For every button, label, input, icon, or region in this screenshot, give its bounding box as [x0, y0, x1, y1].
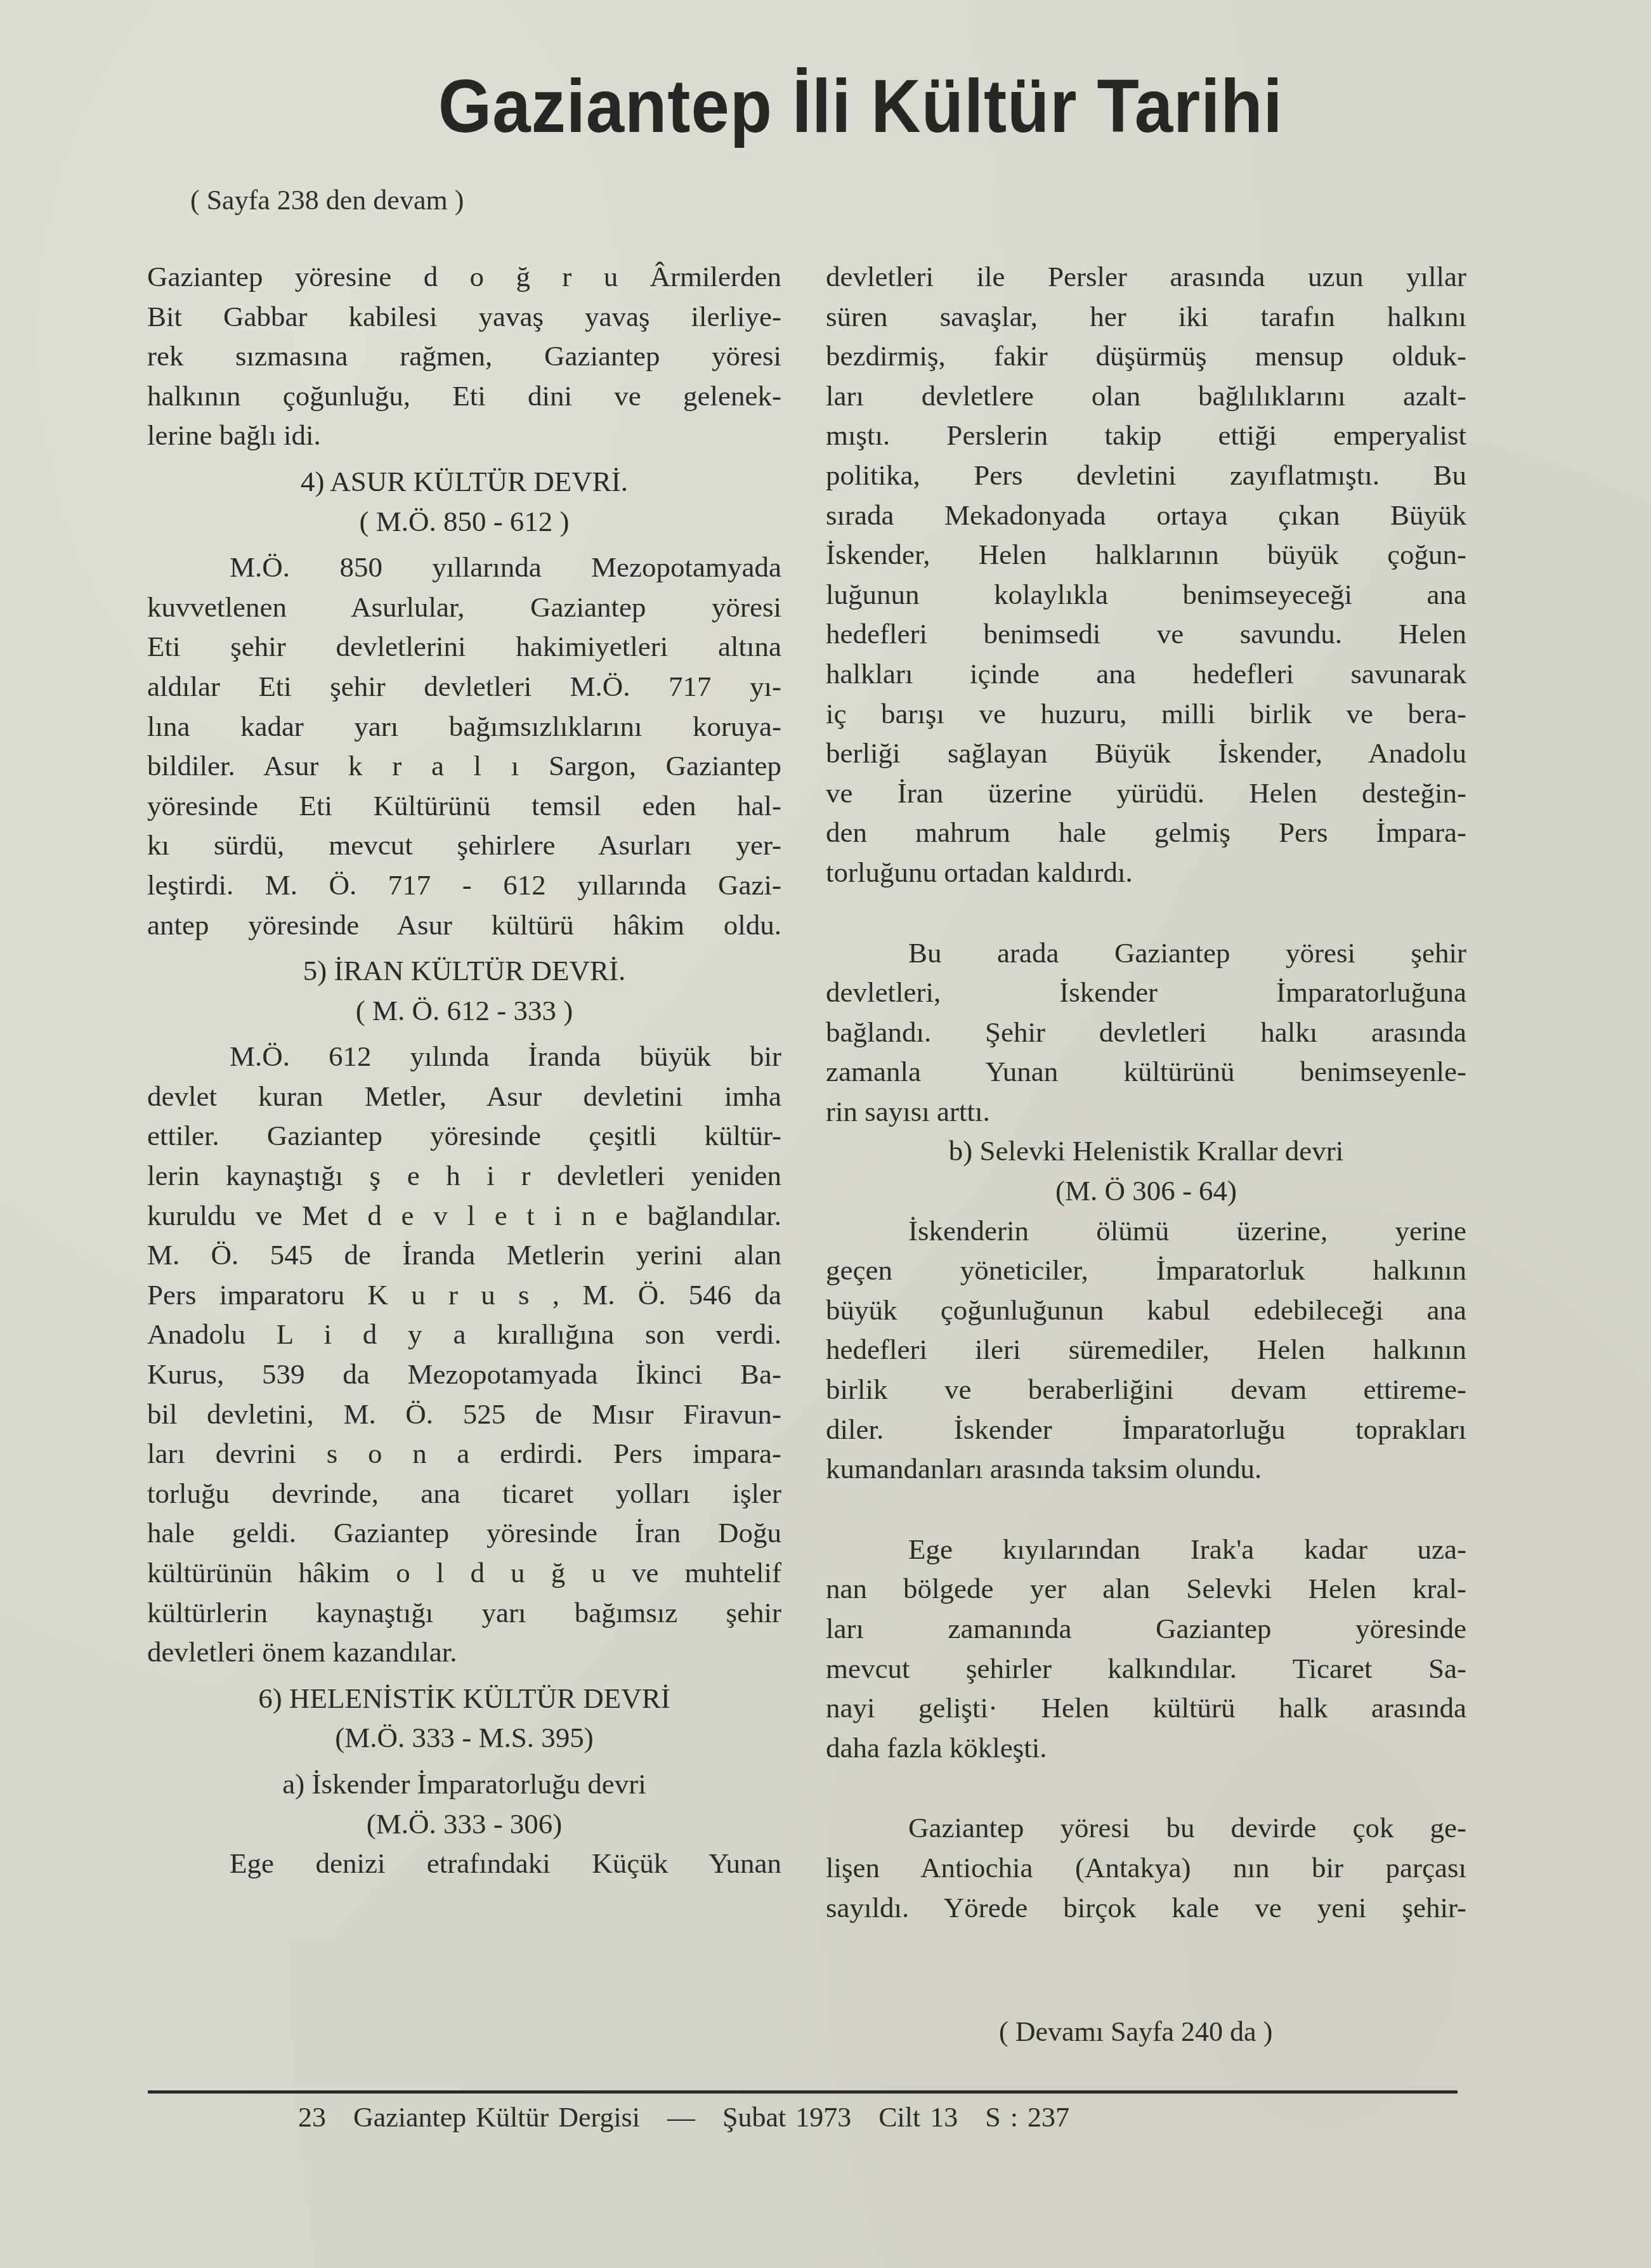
text-line: kültürünün hâkim o l d u ğ u ve muhtelif — [147, 1553, 781, 1593]
paragraph: Gaziantep yöresi bu devirde çok ge- lişe… — [826, 1808, 1466, 1927]
text-line: hedefleri benimsedi ve savundu. Helen — [826, 614, 1466, 654]
text-line: hedefleri ileri süremediler, Helen halkı… — [826, 1330, 1466, 1370]
paragraph: Ege denizi etrafındaki Küçük Yunan — [147, 1844, 781, 1884]
page-footer: 23 Gaziantep Kültür Dergisi — Şubat 1973… — [298, 2101, 1087, 2134]
text-line: kumandanları arasında taksim olundu. — [826, 1449, 1466, 1489]
text-line: politika, Pers devletini zayıflatmıştı. … — [826, 456, 1466, 495]
continued-from-note: ( Sayfa 238 den devam ) — [190, 184, 464, 216]
paragraph: M.Ö. 850 yıllarında Mezopotamyada kuvvet… — [147, 547, 781, 945]
text-line: lına kadar yarı bağımsızlıklarını koruya… — [147, 707, 781, 747]
text-line: rin sayısı arttı. — [826, 1092, 1466, 1132]
text-line: M.Ö. 612 yılında İranda büyük bir — [147, 1037, 781, 1077]
text-line: kı sürdü, mevcut şehirlere Asurları yer- — [147, 825, 781, 865]
text-line: sayıldı. Yörede birçok kale ve yeni şehi… — [826, 1888, 1466, 1928]
section-heading-asur: 4) ASUR KÜLTÜR DEVRİ. — [147, 462, 781, 502]
text-line: halkının çoğunluğu, Eti dini ve gelenek- — [147, 376, 781, 416]
text-line: luğunun kolaylıkla benimseyeceği ana — [826, 575, 1466, 615]
text-line: bağlandı. Şehir devletleri halkı arasınd… — [826, 1013, 1466, 1052]
left-column: Gaziantep yöresine d o ğ r u Ârmilerden … — [147, 257, 781, 1884]
text-line: bildiler. Asur k r a l ı Sargon, Gaziant… — [147, 746, 781, 786]
paragraph: M.Ö. 612 yılında İranda büyük bir devlet… — [147, 1037, 781, 1672]
text-line: lerine bağlı idi. — [147, 416, 781, 456]
paragraph: Bu arada Gaziantep yöresi şehir devletle… — [826, 933, 1466, 1132]
continued-to-note: ( Devamı Sayfa 240 da ) — [999, 2016, 1272, 2048]
text-line: ları zamanında Gaziantep yöresinde — [826, 1609, 1466, 1649]
text-line: devlet kuran Metler, Asur devletini imha — [147, 1077, 781, 1117]
text-line: mevcut şehirler kalkındılar. Ticaret Sa- — [826, 1649, 1466, 1689]
subsection-heading-iskender: a) İskender İmparatorluğu devri — [147, 1764, 781, 1804]
text-line: Ege denizi etrafındaki Küçük Yunan — [147, 1844, 781, 1884]
section-dates-asur: ( M.Ö. 850 - 612 ) — [147, 502, 781, 542]
text-line: geçen yöneticiler, İmparatorluk halkının — [826, 1250, 1466, 1290]
section-dates-helenistik: (M.Ö. 333 - M.S. 395) — [147, 1718, 781, 1758]
text-line: birlik ve beraberliğini devam ettireme- — [826, 1370, 1466, 1410]
publication-name: Gaziantep Kültür Dergisi — [353, 2102, 640, 2133]
paragraph: Gaziantep yöresine d o ğ r u Ârmilerden … — [147, 257, 781, 456]
text-line: Eti şehir devletlerini hakimiyetleri alt… — [147, 627, 781, 667]
text-line: ve İran üzerine yürüdü. Helen desteğin- — [826, 773, 1466, 813]
text-line: torluğu devrinde, ana ticaret yolları iş… — [147, 1474, 781, 1514]
issue-number: S : 237 — [985, 2102, 1069, 2133]
text-line: kuruldu ve Met d e v l e t i n e bağland… — [147, 1196, 781, 1236]
article-title: Gaziantep İli Kültür Tarihi — [66, 63, 1585, 150]
text-line: mıştı. Perslerin takip ettiği emperyalis… — [826, 416, 1466, 456]
text-line: halkları içinde ana hedefleri savunarak — [826, 654, 1466, 694]
text-line: M.Ö. 850 yıllarında Mezopotamyada — [147, 547, 781, 587]
text-line: aldılar Eti şehir devletleri M.Ö. 717 yı… — [147, 667, 781, 707]
text-line: devletleri önem kazandılar. — [147, 1632, 781, 1672]
text-line: devletleri, İskender İmparatorluğuna — [826, 973, 1466, 1013]
text-line: daha fazla kökleşti. — [826, 1728, 1466, 1768]
text-line: Bu arada Gaziantep yöresi şehir — [826, 933, 1466, 973]
text-line: M. Ö. 545 de İranda Metlerin yerini alan — [147, 1235, 781, 1275]
text-line: Anadolu L i d y a kırallığına son verdi. — [147, 1314, 781, 1354]
text-line: hale geldi. Gaziantep yöresinde İran Doğ… — [147, 1513, 781, 1553]
text-line: den mahrum hale gelmiş Pers İmpara- — [826, 813, 1466, 853]
text-line: iç barışı ve huzuru, milli birlik ve ber… — [826, 694, 1466, 734]
text-line: berliği sağlayan Büyük İskender, Anadolu — [826, 733, 1466, 773]
right-column: devletleri ile Persler arasında uzun yıl… — [826, 257, 1466, 1927]
text-line: İskender, Helen halklarının büyük çoğun- — [826, 535, 1466, 575]
text-line: Ege kıyılarından Irak'a kadar uza- — [826, 1530, 1466, 1570]
text-line: devletleri ile Persler arasında uzun yıl… — [826, 257, 1466, 297]
text-line: bil devletini, M. Ö. 525 de Mısır Firavu… — [147, 1394, 781, 1434]
text-line: zamanla Yunan kültürünü benimseyenle- — [826, 1052, 1466, 1092]
subsection-dates-selevki: (M. Ö 306 - 64) — [826, 1171, 1466, 1211]
text-line: Pers imparatoru K u r u s , M. Ö. 546 da — [147, 1275, 781, 1315]
text-line: diler. İskender İmparatorluğu toprakları — [826, 1410, 1466, 1450]
paragraph: İskenderin ölümü üzerine, yerine geçen y… — [826, 1211, 1466, 1489]
magazine-page: Gaziantep İli Kültür Tarihi ( Sayfa 238 … — [0, 0, 1651, 2268]
section-dates-iran: ( M. Ö. 612 - 333 ) — [147, 991, 781, 1031]
page-number: 23 — [298, 2102, 326, 2133]
issue-date: Şubat 1973 — [722, 2102, 851, 2133]
text-line: lişen Antiochia (Antakya) nın bir parças… — [826, 1848, 1466, 1888]
footer-divider — [148, 2090, 1458, 2094]
paragraph: devletleri ile Persler arasında uzun yıl… — [826, 257, 1466, 893]
text-line: sırada Mekadonyada ortaya çıkan Büyük — [826, 495, 1466, 535]
text-line: ettiler. Gaziantep yöresinde çeşitli kül… — [147, 1116, 781, 1156]
text-line: leştirdi. M. Ö. 717 - 612 yıllarında Gaz… — [147, 865, 781, 905]
text-line: torluğunu ortadan kaldırdı. — [826, 853, 1466, 893]
footer-separator: — — [667, 2102, 695, 2133]
text-line: ları devletlere olan bağlılıklarını azal… — [826, 376, 1466, 416]
text-line: büyük çoğunluğunun kabul edebileceği ana — [826, 1290, 1466, 1330]
text-line: İskenderin ölümü üzerine, yerine — [826, 1211, 1466, 1251]
paragraph: Ege kıyılarından Irak'a kadar uza- nan b… — [826, 1530, 1466, 1768]
text-line: yöresinde Eti Kültürünü temsil eden hal- — [147, 786, 781, 826]
subsection-dates-iskender: (M.Ö. 333 - 306) — [147, 1804, 781, 1844]
section-heading-iran: 5) İRAN KÜLTÜR DEVRİ. — [147, 951, 781, 991]
section-heading-helenistik: 6) HELENİSTİK KÜLTÜR DEVRİ — [147, 1679, 781, 1719]
text-line: Gaziantep yöresine d o ğ r u Ârmilerden — [147, 257, 781, 297]
text-line: Kurus, 539 da Mezopotamyada İkinci Ba- — [147, 1354, 781, 1394]
text-line: rek sızmasına rağmen, Gaziantep yöresi — [147, 336, 781, 376]
text-line: antep yöresinde Asur kültürü hâkim oldu. — [147, 905, 781, 945]
text-line: nan bölgede yer alan Selevki Helen kral- — [826, 1569, 1466, 1609]
text-line: lerin kaynaştığı ş e h i r devletleri ye… — [147, 1156, 781, 1196]
volume-number: Cilt 13 — [878, 2102, 958, 2133]
text-line: süren savaşlar, her iki tarafın halkını — [826, 297, 1466, 337]
text-line: bezdirmiş, fakir düşürmüş mensup olduk- — [826, 336, 1466, 376]
text-line: ları devrini s o n a erdirdi. Pers impar… — [147, 1434, 781, 1474]
text-line: Bit Gabbar kabilesi yavaş yavaş ilerliye… — [147, 297, 781, 337]
text-line: kültürlerin kaynaştığı yarı bağımsız şeh… — [147, 1593, 781, 1633]
text-line: nayi gelişti· Helen kültürü halk arasınd… — [826, 1688, 1466, 1728]
text-line: Gaziantep yöresi bu devirde çok ge- — [826, 1808, 1466, 1848]
subsection-heading-selevki: b) Selevki Helenistik Krallar devri — [826, 1131, 1466, 1171]
text-line: kuvvetlenen Asurlular, Gaziantep yöresi — [147, 587, 781, 627]
